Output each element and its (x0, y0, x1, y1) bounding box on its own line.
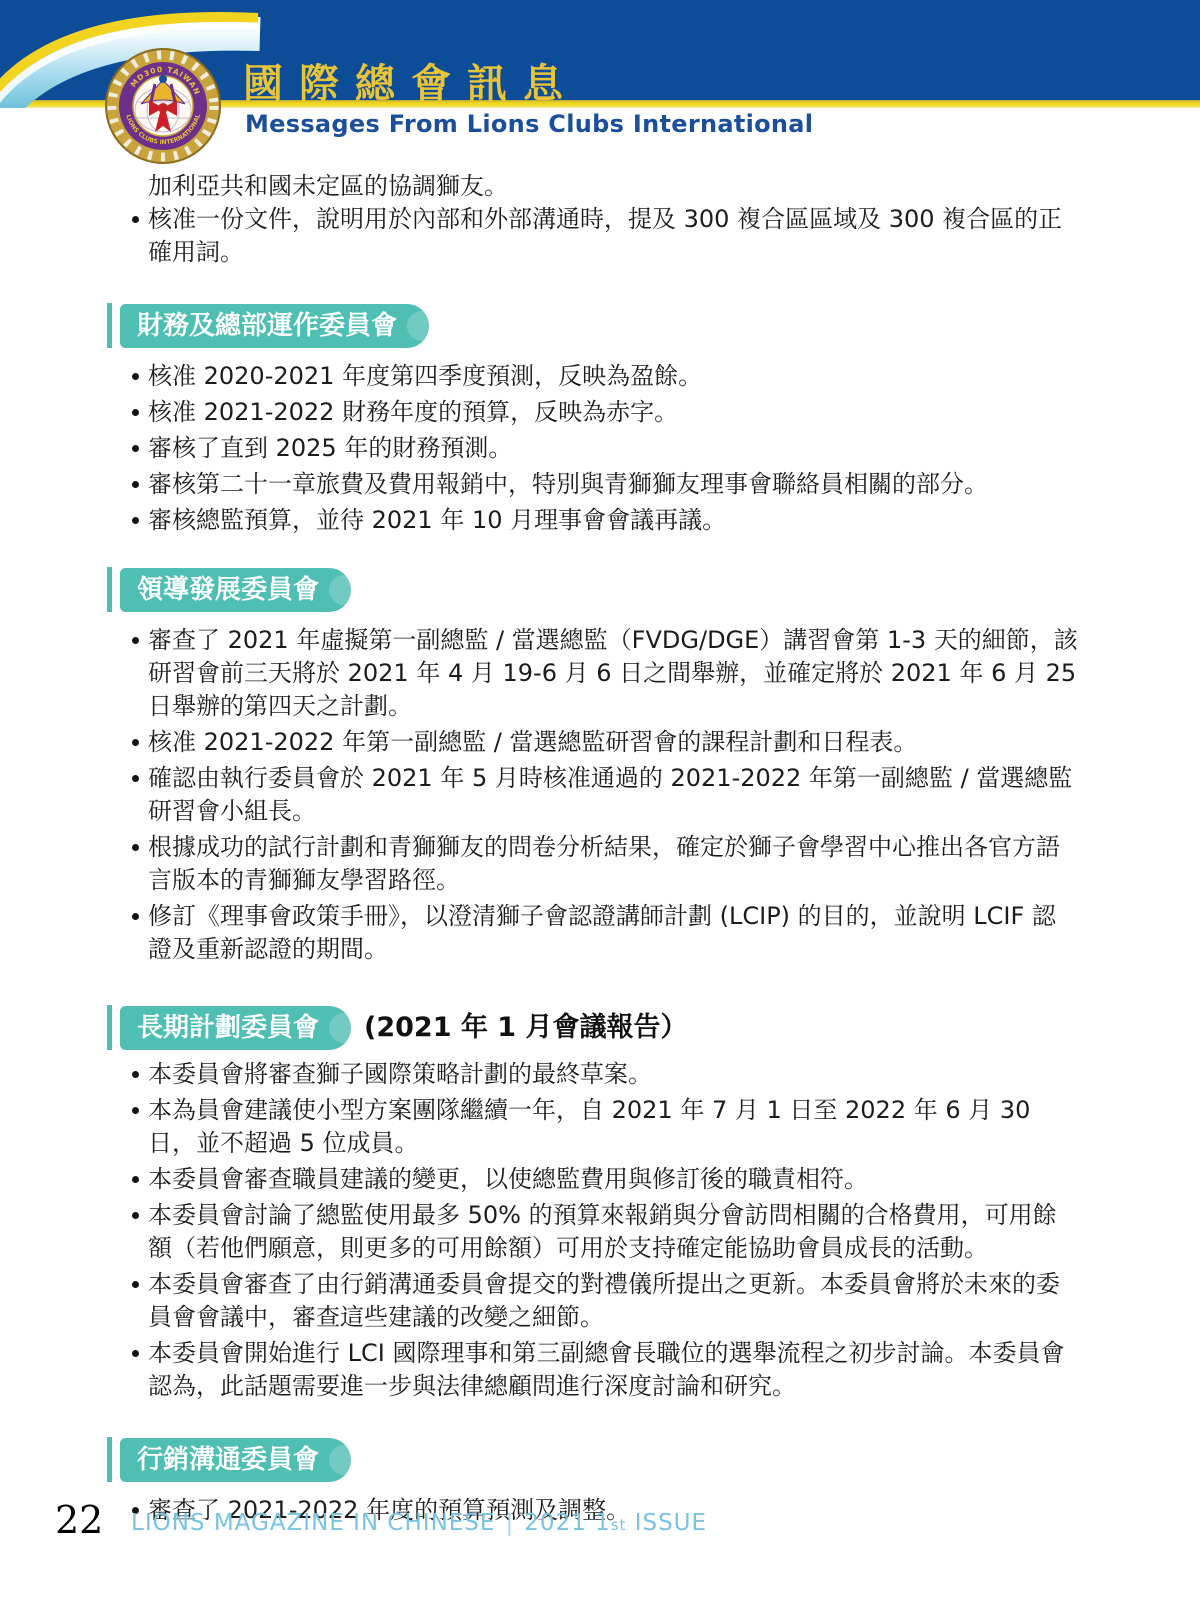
section-title-badge: 行銷溝通委員會 (120, 1438, 351, 1482)
intro-bullet-list: 核准一份文件，說明用於內部和外部溝通時，提及 300 複合區區域及 300 複合… (131, 203, 1078, 269)
list-item: 本委員會將審查獅子國際策略計劃的最終草案。 (131, 1058, 1078, 1091)
magazine-page: MD300 TAIWAN LIONS CLUBS INTERNATIONAL 國… (0, 0, 1200, 1597)
section-accent-bar (107, 303, 112, 348)
page-number: 22 (55, 1498, 103, 1542)
list-item: 審查了 2021 年虛擬第一副總監 / 當選總監（FVDG/DGE）講習會第 1… (131, 624, 1078, 723)
section-bullet-list: 審查了 2021 年虛擬第一副總監 / 當選總監（FVDG/DGE）講習會第 1… (131, 624, 1078, 966)
section-accent-bar (107, 1437, 112, 1482)
footer-magazine-line: LIONS MAGAZINE IN CHINESE|2021 1st ISSUE (131, 1510, 707, 1536)
list-item: 根據成功的試行計劃和青獅獅友的問卷分析結果，確定於獅子會學習中心推出各官方語言版… (131, 831, 1078, 897)
section-header: 領導發展委員會 (131, 567, 1078, 612)
section-bullet-list: 本委員會將審查獅子國際策略計劃的最終草案。 本為員會建議使小型方案團隊繼續一年，… (131, 1058, 1078, 1403)
section-accent-bar (107, 567, 112, 612)
section-finance-hq-ops: 財務及總部運作委員會 核准 2020-2021 年度第四季度預測，反映為盈餘。 … (131, 303, 1078, 537)
section-title-badge: 財務及總部運作委員會 (120, 304, 429, 348)
section-long-range-planning: 長期計劃委員會 (2021 年 1 月會議報告） 本委員會將審查獅子國際策略計劃… (131, 1005, 1078, 1403)
page-footer: 22 LIONS MAGAZINE IN CHINESE|2021 1st IS… (0, 1496, 1200, 1566)
section-leadership-development: 領導發展委員會 審查了 2021 年虛擬第一副總監 / 當選總監（FVDG/DG… (131, 567, 1078, 966)
list-item: 本委員會審查職員建議的變更，以使總監費用與修訂後的職責相符。 (131, 1163, 1078, 1196)
article-body: 加利亞共和國未定區的協調獅友。 核准一份文件，說明用於內部和外部溝通時，提及 3… (131, 0, 1078, 1530)
intro-continuation-line: 加利亞共和國未定區的協調獅友。 (131, 170, 1078, 203)
list-item: 確認由執行委員會於 2021 年 5 月時核准通過的 2021-2022 年第一… (131, 762, 1078, 828)
list-item: 核准 2021-2022 財務年度的預算，反映為赤字。 (131, 396, 1078, 429)
section-header: 長期計劃委員會 (2021 年 1 月會議報告） (131, 1005, 1078, 1050)
footer-issue-number: 2021 1 (524, 1510, 610, 1536)
list-item: 本委員會審查了由行銷溝通委員會提交的對禮儀所提出之更新。本委員會將於未來的委員會… (131, 1268, 1078, 1334)
footer-issue-word: ISSUE (635, 1510, 707, 1536)
section-bullet-list: 核准 2020-2021 年度第四季度預測，反映為盈餘。 核准 2021-202… (131, 360, 1078, 537)
section-header: 財務及總部運作委員會 (131, 303, 1078, 348)
section-header: 行銷溝通委員會 (131, 1437, 1078, 1482)
list-item: 核准 2021-2022 年第一副總監 / 當選總監研習會的課程計劃和日程表。 (131, 726, 1078, 759)
list-item: 審核總監預算，並待 2021 年 10 月理事會會議再議。 (131, 504, 1078, 537)
list-item: 本委員會討論了總監使用最多 50% 的預算來報銷與分會訪問相關的合格費用，可用餘… (131, 1199, 1078, 1265)
list-item: 本委員會開始進行 LCI 國際理事和第三副總會長職位的選舉流程之初步討論。本委員… (131, 1337, 1078, 1403)
section-title-badge: 領導發展委員會 (120, 568, 351, 612)
list-item: 審核了直到 2025 年的財務預測。 (131, 432, 1078, 465)
list-item: 本為員會建議使小型方案團隊繼續一年，自 2021 年 7 月 1 日至 2022… (131, 1094, 1078, 1160)
section-title-badge: 長期計劃委員會 (120, 1006, 351, 1050)
footer-divider: | (495, 1510, 524, 1536)
list-item: 審核第二十一章旅費及費用報銷中，特別與青獅獅友理事會聯絡員相關的部分。 (131, 468, 1078, 501)
footer-magazine-title: LIONS MAGAZINE IN CHINESE (131, 1510, 495, 1536)
footer-issue-ordinal: st (611, 1516, 627, 1534)
list-item: 核准 2020-2021 年度第四季度預測，反映為盈餘。 (131, 360, 1078, 393)
list-item: 核准一份文件，說明用於內部和外部溝通時，提及 300 複合區區域及 300 複合… (131, 203, 1078, 269)
section-accent-bar (107, 1005, 112, 1050)
list-item: 修訂《理事會政策手冊》，以澄清獅子會認證講師計劃 (LCIP) 的目的，並說明 … (131, 900, 1078, 966)
section-title-suffix: (2021 年 1 月會議報告） (364, 1011, 687, 1044)
